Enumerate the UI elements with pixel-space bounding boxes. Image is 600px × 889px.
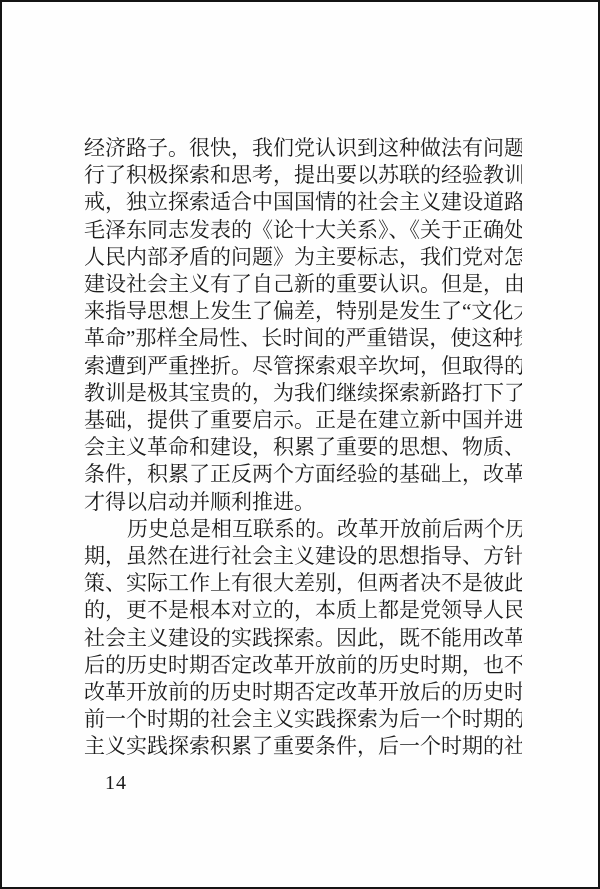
text-line: 建设社会主义有了自己新的重要认识。但是，由于后 bbox=[84, 271, 522, 298]
text-line: 人民内部矛盾的问题》为主要标志，我们党对怎样 bbox=[84, 244, 522, 271]
text-line: 毛泽东同志发表的《论十大关系》、《关于正确处理 bbox=[84, 217, 522, 244]
text-line: 主义实践探索积累了重要条件，后一个时期的社会主 bbox=[84, 733, 522, 760]
text-line: 后的历史时期否定改革开放前的历史时期，也不能用 bbox=[84, 652, 522, 679]
text-line: 的，更不是根本对立的，本质上都是党领导人民进行 bbox=[84, 597, 522, 624]
text-line: 期，虽然在进行社会主义建设的思想指导、方针政 bbox=[84, 543, 522, 570]
text-line: 改革开放前的历史时期否定改革开放后的历史时期。 bbox=[84, 679, 522, 706]
book-page: 经济路子。很快，我们党认识到这种做法有问题，进 行了积极探索和思考，提出要以苏联… bbox=[0, 0, 600, 889]
text-line: 经济路子。很快，我们党认识到这种做法有问题，进 bbox=[84, 135, 522, 162]
text-line: 索遭到严重挫折。尽管探索艰辛坎坷，但取得的经验 bbox=[84, 353, 522, 380]
text-line: 戒，独立探索适合中国国情的社会主义建设道路。以 bbox=[84, 189, 522, 216]
text-line: 策、实际工作上有很大差别，但两者决不是彼此割裂 bbox=[84, 570, 522, 597]
text-line: 会主义革命和建设，积累了重要的思想、物质、制度 bbox=[84, 434, 522, 461]
text-line-paragraph-end: 才得以启动并顺利推进。 bbox=[84, 489, 522, 516]
text-line: 前一个时期的社会主义实践探索为后一个时期的社会 bbox=[84, 706, 522, 733]
text-line: 社会主义建设的实践探索。因此，既不能用改革开放 bbox=[84, 625, 522, 652]
text-line: 行了积极探索和思考，提出要以苏联的经验教训为鉴 bbox=[84, 162, 522, 189]
text-line: 条件，积累了正反两个方面经验的基础上，改革开放 bbox=[84, 461, 522, 488]
text-line: 基础，提供了重要启示。正是在建立新中国并进行社 bbox=[84, 407, 522, 434]
page-number: 14 bbox=[105, 772, 127, 795]
text-line-paragraph-start: 历史总是相互联系的。改革开放前后两个历史时 bbox=[84, 516, 522, 543]
text-line: 革命”那样全局性、长时间的严重错误，使这种探 bbox=[84, 325, 522, 352]
text-line: 教训是极其宝贵的，为我们继续探索新路打下了重要 bbox=[84, 380, 522, 407]
text-line: 来指导思想上发生了偏差，特别是发生了“文化大 bbox=[84, 298, 522, 325]
body-text: 经济路子。很快，我们党认识到这种做法有问题，进 行了积极探索和思考，提出要以苏联… bbox=[84, 135, 522, 761]
